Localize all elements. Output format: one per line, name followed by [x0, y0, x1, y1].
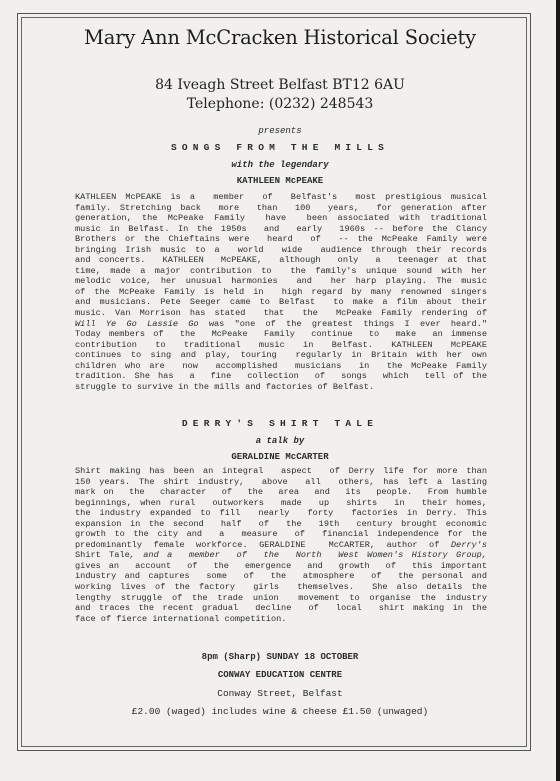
text-line: Will Ye Go Lassie Go was "one of the gre…	[75, 319, 487, 330]
event1-description: KATHLEEN McPEAKE is a member of Belfast'…	[75, 192, 487, 392]
event-price: £2.00 (waged) includes wine & cheese £1.…	[0, 706, 560, 717]
text-line: struggle to survive in the mills and fac…	[75, 382, 487, 393]
event-time-date: 8pm (Sharp) SUNDAY 18 OCTOBER	[0, 652, 560, 662]
text-line: lengthy struggle of the trade union move…	[75, 593, 487, 604]
text-line: Shirt Tale, and a member of the North We…	[75, 550, 487, 561]
text-line: Today members of the McPeake Family cont…	[75, 329, 487, 340]
text-line: predominantly female workforce. GERALDIN…	[75, 540, 487, 551]
address: 84 Iveagh Street Belfast BT12 6AU	[0, 77, 560, 93]
text-line: and musicians. Pete Seeger came to Belfa…	[75, 297, 487, 308]
event2-subtitle: a talk by	[0, 436, 560, 446]
text-line: gives an account of the emergence and gr…	[75, 561, 487, 572]
text-line: working lives of the factory girls thems…	[75, 582, 487, 593]
text-line: of the McPeake Family is held in high re…	[75, 287, 487, 298]
event2-speaker: GERALDINE McCARTER	[0, 452, 560, 462]
text-line: generation, the McPeake Family have been…	[75, 213, 487, 224]
text-line: Brothers or the Chieftains were heard of…	[75, 234, 487, 245]
text-line: family. Stretching back more than 100 ye…	[75, 203, 487, 214]
event1-subtitle: with the legendary	[0, 160, 560, 170]
text-line: mark on the character of the area and it…	[75, 487, 487, 498]
text-line: continues to sing and play, touring regu…	[75, 350, 487, 361]
text-line: bringing Irish music to a world wide aud…	[75, 245, 487, 256]
text-line: time, made a major contribution to the f…	[75, 266, 487, 277]
text-line: music. Van Morrison has stated that the …	[75, 308, 487, 319]
event2-description: Shirt making has been an integral aspect…	[75, 466, 487, 624]
text-line: children who are now accomplished musici…	[75, 361, 487, 372]
event2-title: DERRY'S SHIRT TALE	[0, 418, 560, 429]
text-line: and traces the recent gradual decline of…	[75, 603, 487, 614]
organisation-name: Mary Ann McCracken Historical Society	[0, 26, 560, 49]
presents-label: presents	[0, 126, 560, 136]
event1-title: SONGS FROM THE MILLS	[0, 142, 560, 153]
text-line: beginnings, when rural outworkers made u…	[75, 498, 487, 509]
text-line: the industry expanded to fill nearly for…	[75, 508, 487, 519]
event1-performer: KATHLEEN McPEAKE	[0, 176, 560, 186]
event-venue: CONWAY EDUCATION CENTRE	[0, 670, 560, 680]
text-line: Shirt making has been an integral aspect…	[75, 466, 487, 477]
page-edge-shadow	[556, 0, 560, 781]
event-street: Conway Street, Belfast	[0, 688, 560, 699]
text-line: music in Belfast. In the 1950s and early…	[75, 224, 487, 235]
text-line: KATHLEEN McPEAKE is a member of Belfast'…	[75, 192, 487, 203]
telephone: Telephone: (0232) 248543	[0, 96, 560, 112]
text-line: growth to the city and a measure of fina…	[75, 529, 487, 540]
text-line: tradition. She has a fine collection of …	[75, 371, 487, 382]
text-line: melodic voice, her unusual harmonies and…	[75, 276, 487, 287]
text-line: contribution to traditional music in Bel…	[75, 340, 487, 351]
text-line: and concerts. KATHLEEN McPEAKE, although…	[75, 255, 487, 266]
text-line: industry and captures some of the atmosp…	[75, 571, 487, 582]
text-line: face of fierce international competition…	[75, 614, 487, 625]
text-line: expansion in the second half of the 19th…	[75, 519, 487, 530]
text-line: 150 years. The shirt industry, above all…	[75, 477, 487, 488]
